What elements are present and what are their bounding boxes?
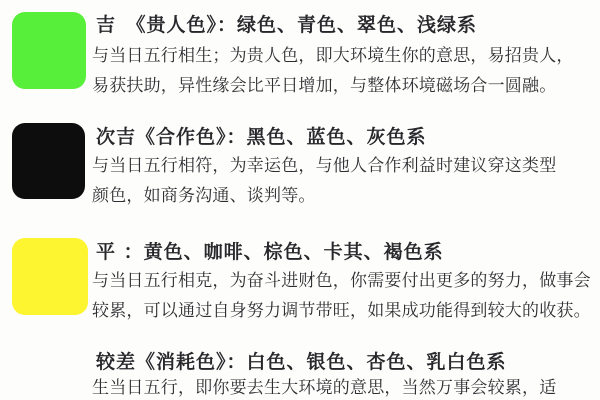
section-body-auspicious: 与当日五行相生；为贵人色，即大环境生你的意思，易招贵人， 易获扶助，异性缘会比平… <box>92 41 600 101</box>
green-color-swatch <box>12 12 86 89</box>
section-heading-draining: 较差《消耗色》：白色、银色、杏色、乳白色系 <box>96 347 507 374</box>
section-body-draining: 生当日五行，即你要去生大环境的意思，当然万事会较累，适 <box>92 373 600 400</box>
section-heading-auspicious: 吉 《贵人色》：绿色、青色、翠色、浅绿系 <box>96 10 477 37</box>
section-body-neutral: 与当日五行相克，为奋斗进财色，你需要付出更多的努力，做事会 较累，可以通过自身努… <box>92 266 600 326</box>
section-body-cooperation: 与当日五行相符，为幸运色，与他人合作利益时建议穿这类型 颜色，如商务沟通、谈判等… <box>92 151 600 211</box>
yellow-color-swatch <box>12 238 88 315</box>
black-color-swatch <box>12 123 85 199</box>
section-heading-cooperation: 次吉《合作色》：黑色、蓝色、灰色系 <box>96 122 427 149</box>
section-heading-neutral: 平 ：黄色、咖啡、棕色、卡其、褐色系 <box>96 237 444 264</box>
